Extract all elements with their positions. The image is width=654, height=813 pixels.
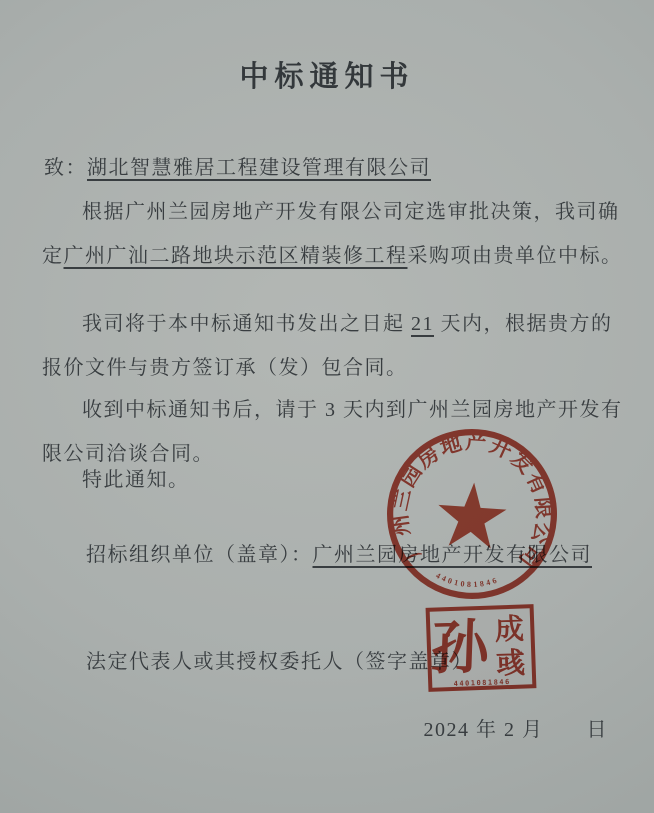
- stamp-char-bottom: 彧: [491, 649, 530, 679]
- stamp-char-surname: 孙: [430, 610, 491, 688]
- round-seal-graphic: 广州兰园房地产开发有限公司 ★ 4401081846: [375, 419, 569, 609]
- stamp-right-column: 成 彧: [488, 608, 533, 685]
- para2-days: 21: [411, 313, 434, 335]
- para1-post: 采购项由贵单位中标。: [408, 245, 623, 267]
- para2-pre: 我司将于本中标通知书发出之日起: [82, 313, 411, 335]
- org-label: 招标组织单位（盖章）：: [86, 544, 313, 566]
- recipient-label: 致：: [44, 157, 87, 179]
- recipient-line: 致：湖北智慧雅居工程建设管理有限公司: [44, 146, 620, 190]
- date-line: 2024 年 2 月 日: [424, 708, 609, 752]
- legal-representative-line: 法定代表人或其授权委托人（签字盖章）: [86, 640, 634, 684]
- para1-project-name: 广州广汕二路地块示范区精装修工程: [64, 245, 408, 267]
- signature-name-stamp: 孙 成 彧 4401081846: [426, 604, 537, 692]
- document-page: 中标通知书 致：湖北智慧雅居工程建设管理有限公司 根据广州兰园房地产开发有限公司…: [0, 0, 654, 813]
- document-title: 中标通知书: [0, 54, 654, 95]
- official-company-seal: 广州兰园房地产开发有限公司 ★ 4401081846: [375, 419, 569, 609]
- star-icon: ★: [429, 466, 515, 569]
- stamp-char-top: 成: [490, 615, 529, 645]
- paragraph-contract-deadline: 我司将于本中标通知书发出之日起 21 天内，根据贵方的报价文件与贵方签订承（发）…: [42, 302, 624, 390]
- paragraph-award-decision: 根据广州兰园房地产开发有限公司定选审批决策，我司确定广州广汕二路地块示范区精装修…: [42, 190, 624, 278]
- stamp-characters: 孙 成 彧: [430, 608, 533, 687]
- recipient-company: 湖北智慧雅居工程建设管理有限公司: [87, 157, 431, 179]
